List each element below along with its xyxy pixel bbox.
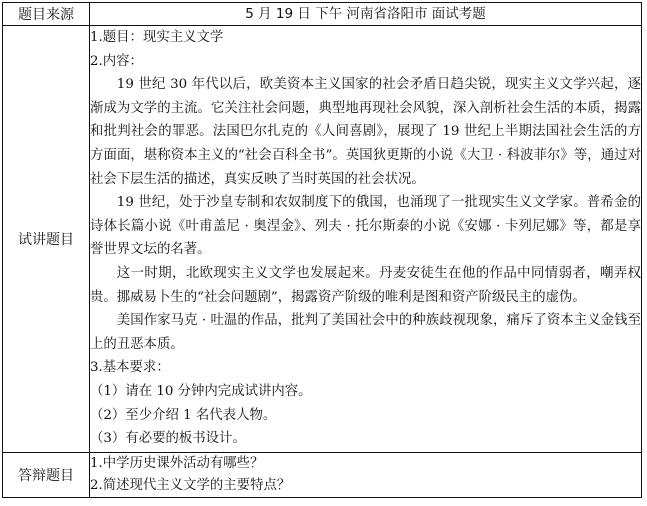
source-value: 5 月 19 日 下午 河南省洛阳市 面试考题: [90, 3, 642, 26]
source-row: 题目来源 5 月 19 日 下午 河南省洛阳市 面试考题: [3, 3, 642, 26]
requirement-item: （1）请在 10 分钟内完成试讲内容。: [90, 380, 641, 404]
question-item: 1.中学历史课外活动有哪些？: [90, 453, 641, 475]
defense-questions: 1.中学历史课外活动有哪些？ 2.简述现代主义文学的主要特点？: [90, 453, 642, 498]
question-item: 2.简述现代主义文学的主要特点？: [90, 475, 641, 497]
content-paragraphs: 19 世纪 30 年代以后，欧美资本主义国家的社会矛盾日趋尖锐，现实主义文学兴起…: [90, 73, 641, 356]
topic-line: 1.题目：现实主义文学: [90, 26, 641, 50]
defense-label: 答辩题目: [3, 453, 90, 498]
requirements-heading: 3.基本要求：: [90, 356, 641, 380]
requirement-item: （3）有必要的板书设计。: [90, 427, 641, 451]
defense-row: 答辩题目 1.中学历史课外活动有哪些？ 2.简述现代主义文学的主要特点？: [3, 453, 642, 498]
requirement-item: （2）至少介绍 1 名代表人物。: [90, 404, 641, 428]
paragraph: 这一时期，北欧现实主义文学也发展起来。丹麦安徒生在他的作品中同情弱者，嘲弄权贵。…: [90, 262, 641, 309]
trial-lecture-label: 试讲题目: [3, 26, 90, 453]
source-label: 题目来源: [3, 3, 90, 26]
paragraph: 19 世纪 30 年代以后，欧美资本主义国家的社会矛盾日趋尖锐，现实主义文学兴起…: [90, 73, 641, 191]
exam-table: 题目来源 5 月 19 日 下午 河南省洛阳市 面试考题 试讲题目 1.题目：现…: [2, 2, 642, 498]
content-heading: 2.内容：: [90, 50, 641, 74]
paragraph: 19 世纪，处于沙皇专制和农奴制度下的俄国，也涌现了一批现实生义文学家。普希金的…: [90, 191, 641, 262]
trial-lecture-row: 试讲题目 1.题目：现实主义文学 2.内容： 19 世纪 30 年代以后，欧美资…: [3, 26, 642, 453]
trial-lecture-content: 1.题目：现实主义文学 2.内容： 19 世纪 30 年代以后，欧美资本主义国家…: [90, 26, 642, 453]
paragraph: 美国作家马克 · 吐温的作品，批判了美国社会中的种族歧视现象，痛斥了资本主义金钱…: [90, 309, 641, 356]
